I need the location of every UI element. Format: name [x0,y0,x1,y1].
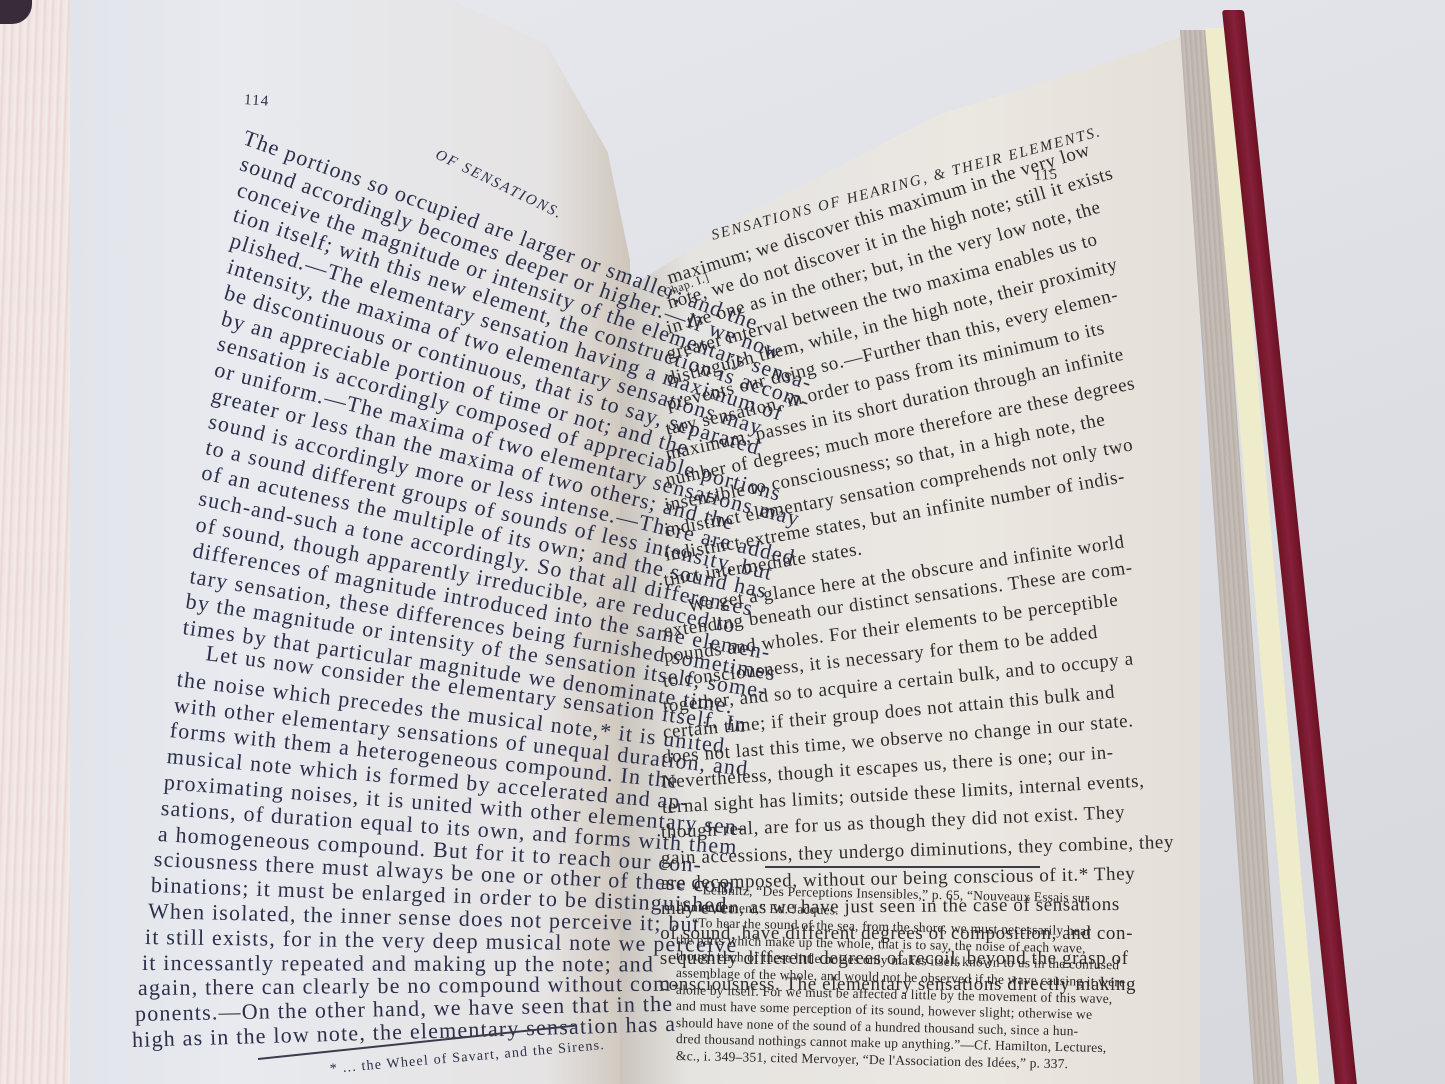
footnote-rule [765,866,1040,868]
page-number: 114 [243,92,270,111]
